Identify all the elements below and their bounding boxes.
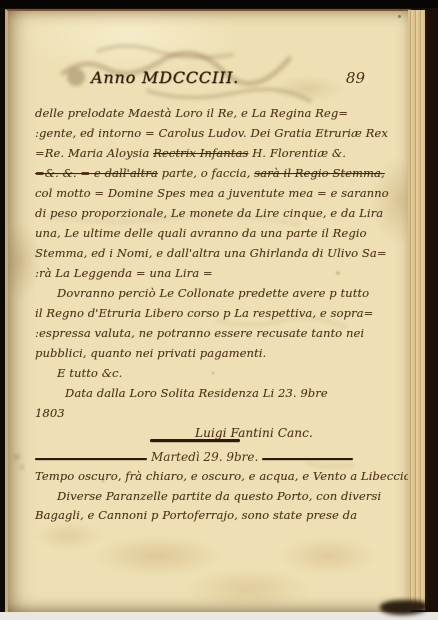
manuscript-line: =&. &. = e dall'altra parte, o faccia, s… <box>35 163 360 183</box>
manuscript-line: il Regno d'Etruria Libero corso p La res… <box>35 303 360 323</box>
year-title: Anno MDCCCIII. <box>91 68 239 87</box>
manuscript-line: col motto = Domine Spes mea a juventute … <box>35 183 360 203</box>
manuscript-line: E tutto &c. <box>35 363 360 383</box>
manuscript-line: Data dalla Loro Solita Residenza Li 23. … <box>35 383 360 403</box>
photo-top-edge <box>0 0 438 8</box>
manuscript-line: Diverse Paranzelle partite da questo Por… <box>35 487 370 507</box>
manuscript-line: :gente, ed intorno = Carolus Ludov. Dei … <box>35 123 360 143</box>
manuscript-line: 1803 <box>35 403 360 423</box>
manuscript-line: :espressa valuta, ne potranno essere rec… <box>35 323 360 343</box>
page-header: Anno MDCCCIII. 89 <box>35 68 377 87</box>
page-edges <box>408 10 427 610</box>
manuscript-page: Anno MDCCCIII. 89 delle prelodate Maestà… <box>5 9 411 612</box>
day-header: Martedì 29. 9bre. <box>147 450 262 464</box>
day-divider: Martedì 29. 9bre. <box>35 452 353 466</box>
manuscript-line: pubblici, quanto nei privati pagamenti. <box>35 343 360 363</box>
divider-line-right <box>262 458 353 460</box>
manuscript-line: delle prelodate Maestà Loro il Re, e La … <box>35 103 360 123</box>
section-rule <box>150 439 240 442</box>
manuscript-line: di peso proporzionale, Le monete da Lire… <box>35 203 360 223</box>
manuscript-line: Stemma, ed i Nomi, e dall'altra una Ghir… <box>35 243 360 263</box>
manuscript-line: =Re. Maria Aloysia Rectrix Infantas H. F… <box>35 143 360 163</box>
manuscript-line: una, Le ultime delle quali avranno da un… <box>35 223 360 243</box>
manuscript-line: Bagagli, e Cannoni p Portoferrajo, sono … <box>35 506 370 526</box>
book-photo: Anno MDCCCIII. 89 delle prelodate Maestà… <box>0 0 438 620</box>
decree-text: delle prelodate Maestà Loro il Re, e La … <box>35 103 360 443</box>
journal-entry: Tempo oscuro, frà chiaro, e oscuro, e ac… <box>35 467 370 526</box>
paper-speck <box>398 15 401 18</box>
page-number: 89 <box>346 69 365 87</box>
scanner-bed-strip <box>0 612 438 620</box>
manuscript-line: Tempo oscuro, frà chiaro, e oscuro, e ac… <box>35 467 370 487</box>
manuscript-line: Dovranno perciò Le Collonate predette av… <box>35 283 360 303</box>
divider-line-left <box>35 458 147 460</box>
manuscript-line: :rà La Leggenda = una Lira = <box>35 263 360 283</box>
